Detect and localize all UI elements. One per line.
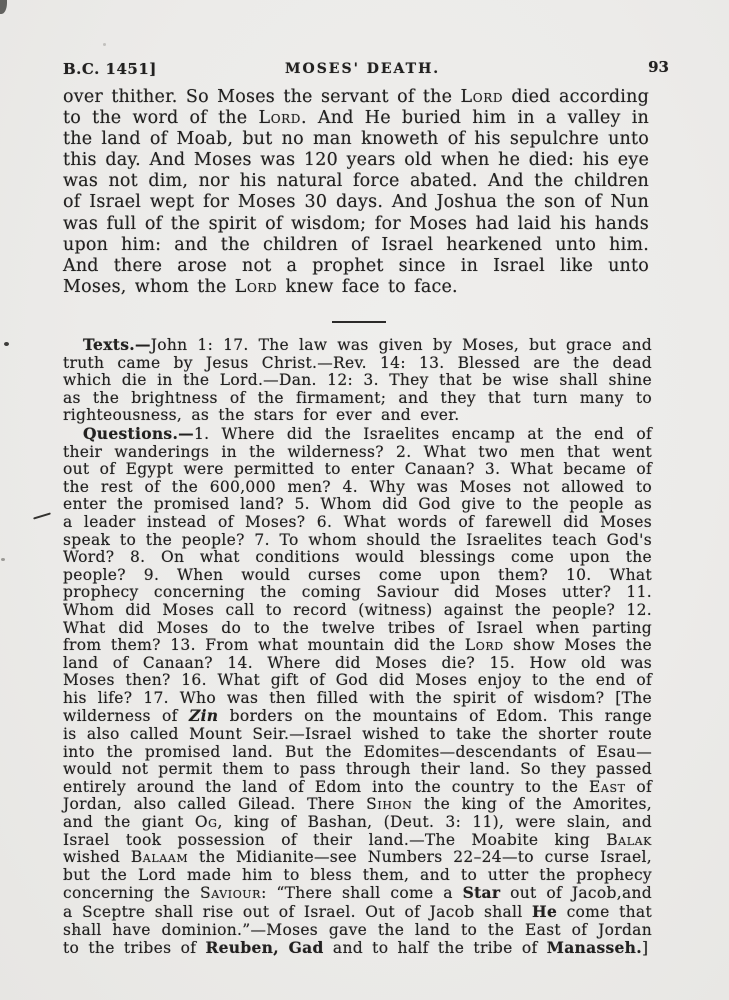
header-date: B.C. 1451]: [63, 60, 157, 78]
text-segment: wished: [63, 848, 131, 866]
text-segment: 1. Where did the Israelites encamp at th…: [63, 425, 652, 654]
text-segment: Lord: [235, 277, 278, 297]
text-segment: Saviour: [200, 884, 261, 902]
scan-speck: [74, 929, 77, 932]
text-segment: Lord: [465, 636, 504, 654]
scan-speck: [4, 342, 9, 346]
text-segment: East: [589, 778, 626, 796]
text-segment: Questions.—: [83, 424, 194, 443]
questions-paragraph: Questions.—1. Where did the Israelites e…: [63, 425, 652, 958]
text-segment: and to half the tribe of: [324, 939, 547, 957]
texts-paragraph: Texts.—John 1: 17. The law was given by …: [63, 336, 652, 425]
scan-speck: [0, 0, 7, 14]
page-header: B.C. 1451] MOSES' DEATH. 93: [63, 58, 669, 78]
text-segment: Manasseh.: [547, 938, 642, 957]
text-segment: over thither. So Moses the servant of th…: [63, 87, 461, 107]
text-segment: : “There shall come a: [261, 884, 463, 902]
text-segment: . And He buried him in a valley in the l…: [63, 108, 649, 297]
text-segment: He: [532, 902, 557, 921]
text-segment: Reuben, Gad: [205, 938, 323, 957]
scan-speck: [1, 558, 5, 561]
text-segment: Lord: [461, 87, 504, 107]
scan-speck: [103, 43, 106, 46]
scan-speck: [33, 512, 51, 519]
text-segment: Lord: [258, 108, 301, 128]
text-segment: Balaam: [131, 848, 188, 866]
narrative-paragraph: over thither. So Moses the servant of th…: [63, 87, 649, 298]
lesson-section: Texts.—John 1: 17. The law was given by …: [63, 336, 652, 958]
text-segment: knew face to face.: [277, 277, 458, 297]
page-number: 93: [648, 58, 669, 76]
text-segment: Zin: [189, 706, 218, 725]
text-segment: Balak: [606, 831, 652, 849]
text-segment: ]: [642, 939, 648, 957]
section-divider-rule: [332, 321, 386, 323]
text-segment: Texts.—: [83, 335, 151, 354]
book-page-scan: B.C. 1451] MOSES' DEATH. 93 over thither…: [0, 0, 729, 1000]
page-title: MOSES' DEATH.: [285, 61, 440, 77]
text-segment: Star: [463, 883, 501, 902]
text-segment: Og: [195, 813, 218, 831]
text-segment: Sihon: [366, 795, 412, 813]
text-segment: John 1: 17. The law was given by Moses, …: [63, 336, 652, 424]
